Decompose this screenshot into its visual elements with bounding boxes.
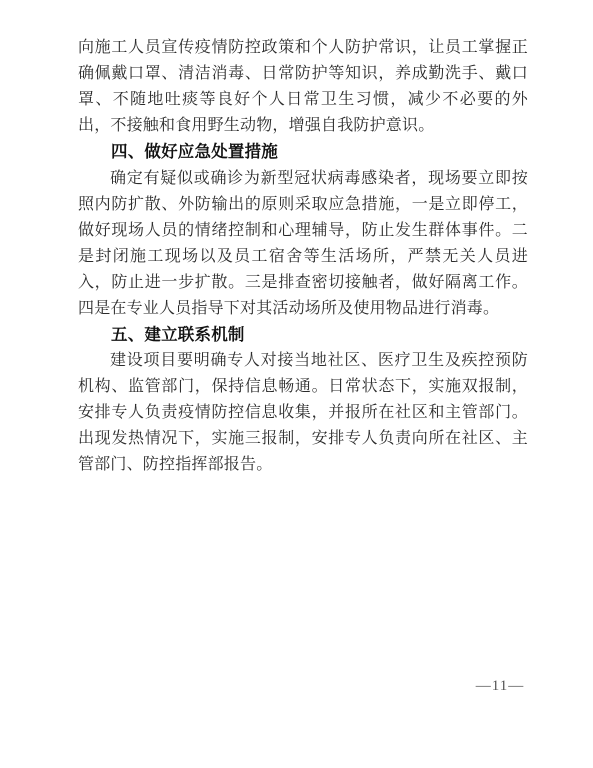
- page-number: —11—: [459, 677, 541, 695]
- section-heading-emergency-measures: 四、做好应急处置措施: [78, 139, 528, 166]
- section-heading-contact-mechanism: 五、建立联系机制: [78, 322, 528, 349]
- paragraph-continuation: 向施工人员宣传疫情防控政策和个人防护常识，让员工掌握正确佩戴口罩、清洁消毒、日常…: [78, 35, 528, 139]
- paragraph-emergency-measures: 确定有疑似或确诊为新型冠状病毒感染者，现场要立即按照内防扩散、外防输出的原则采取…: [78, 166, 528, 322]
- document-page: 向施工人员宣传疫情防控政策和个人防护常识，让员工掌握正确佩戴口罩、清洁消毒、日常…: [0, 0, 593, 768]
- document-body: 向施工人员宣传疫情防控政策和个人防护常识，让员工掌握正确佩戴口罩、清洁消毒、日常…: [78, 35, 528, 478]
- paragraph-contact-mechanism: 建设项目要明确专人对接当地社区、医疗卫生及疾控预防机构、监管部门，保持信息畅通。…: [78, 348, 528, 478]
